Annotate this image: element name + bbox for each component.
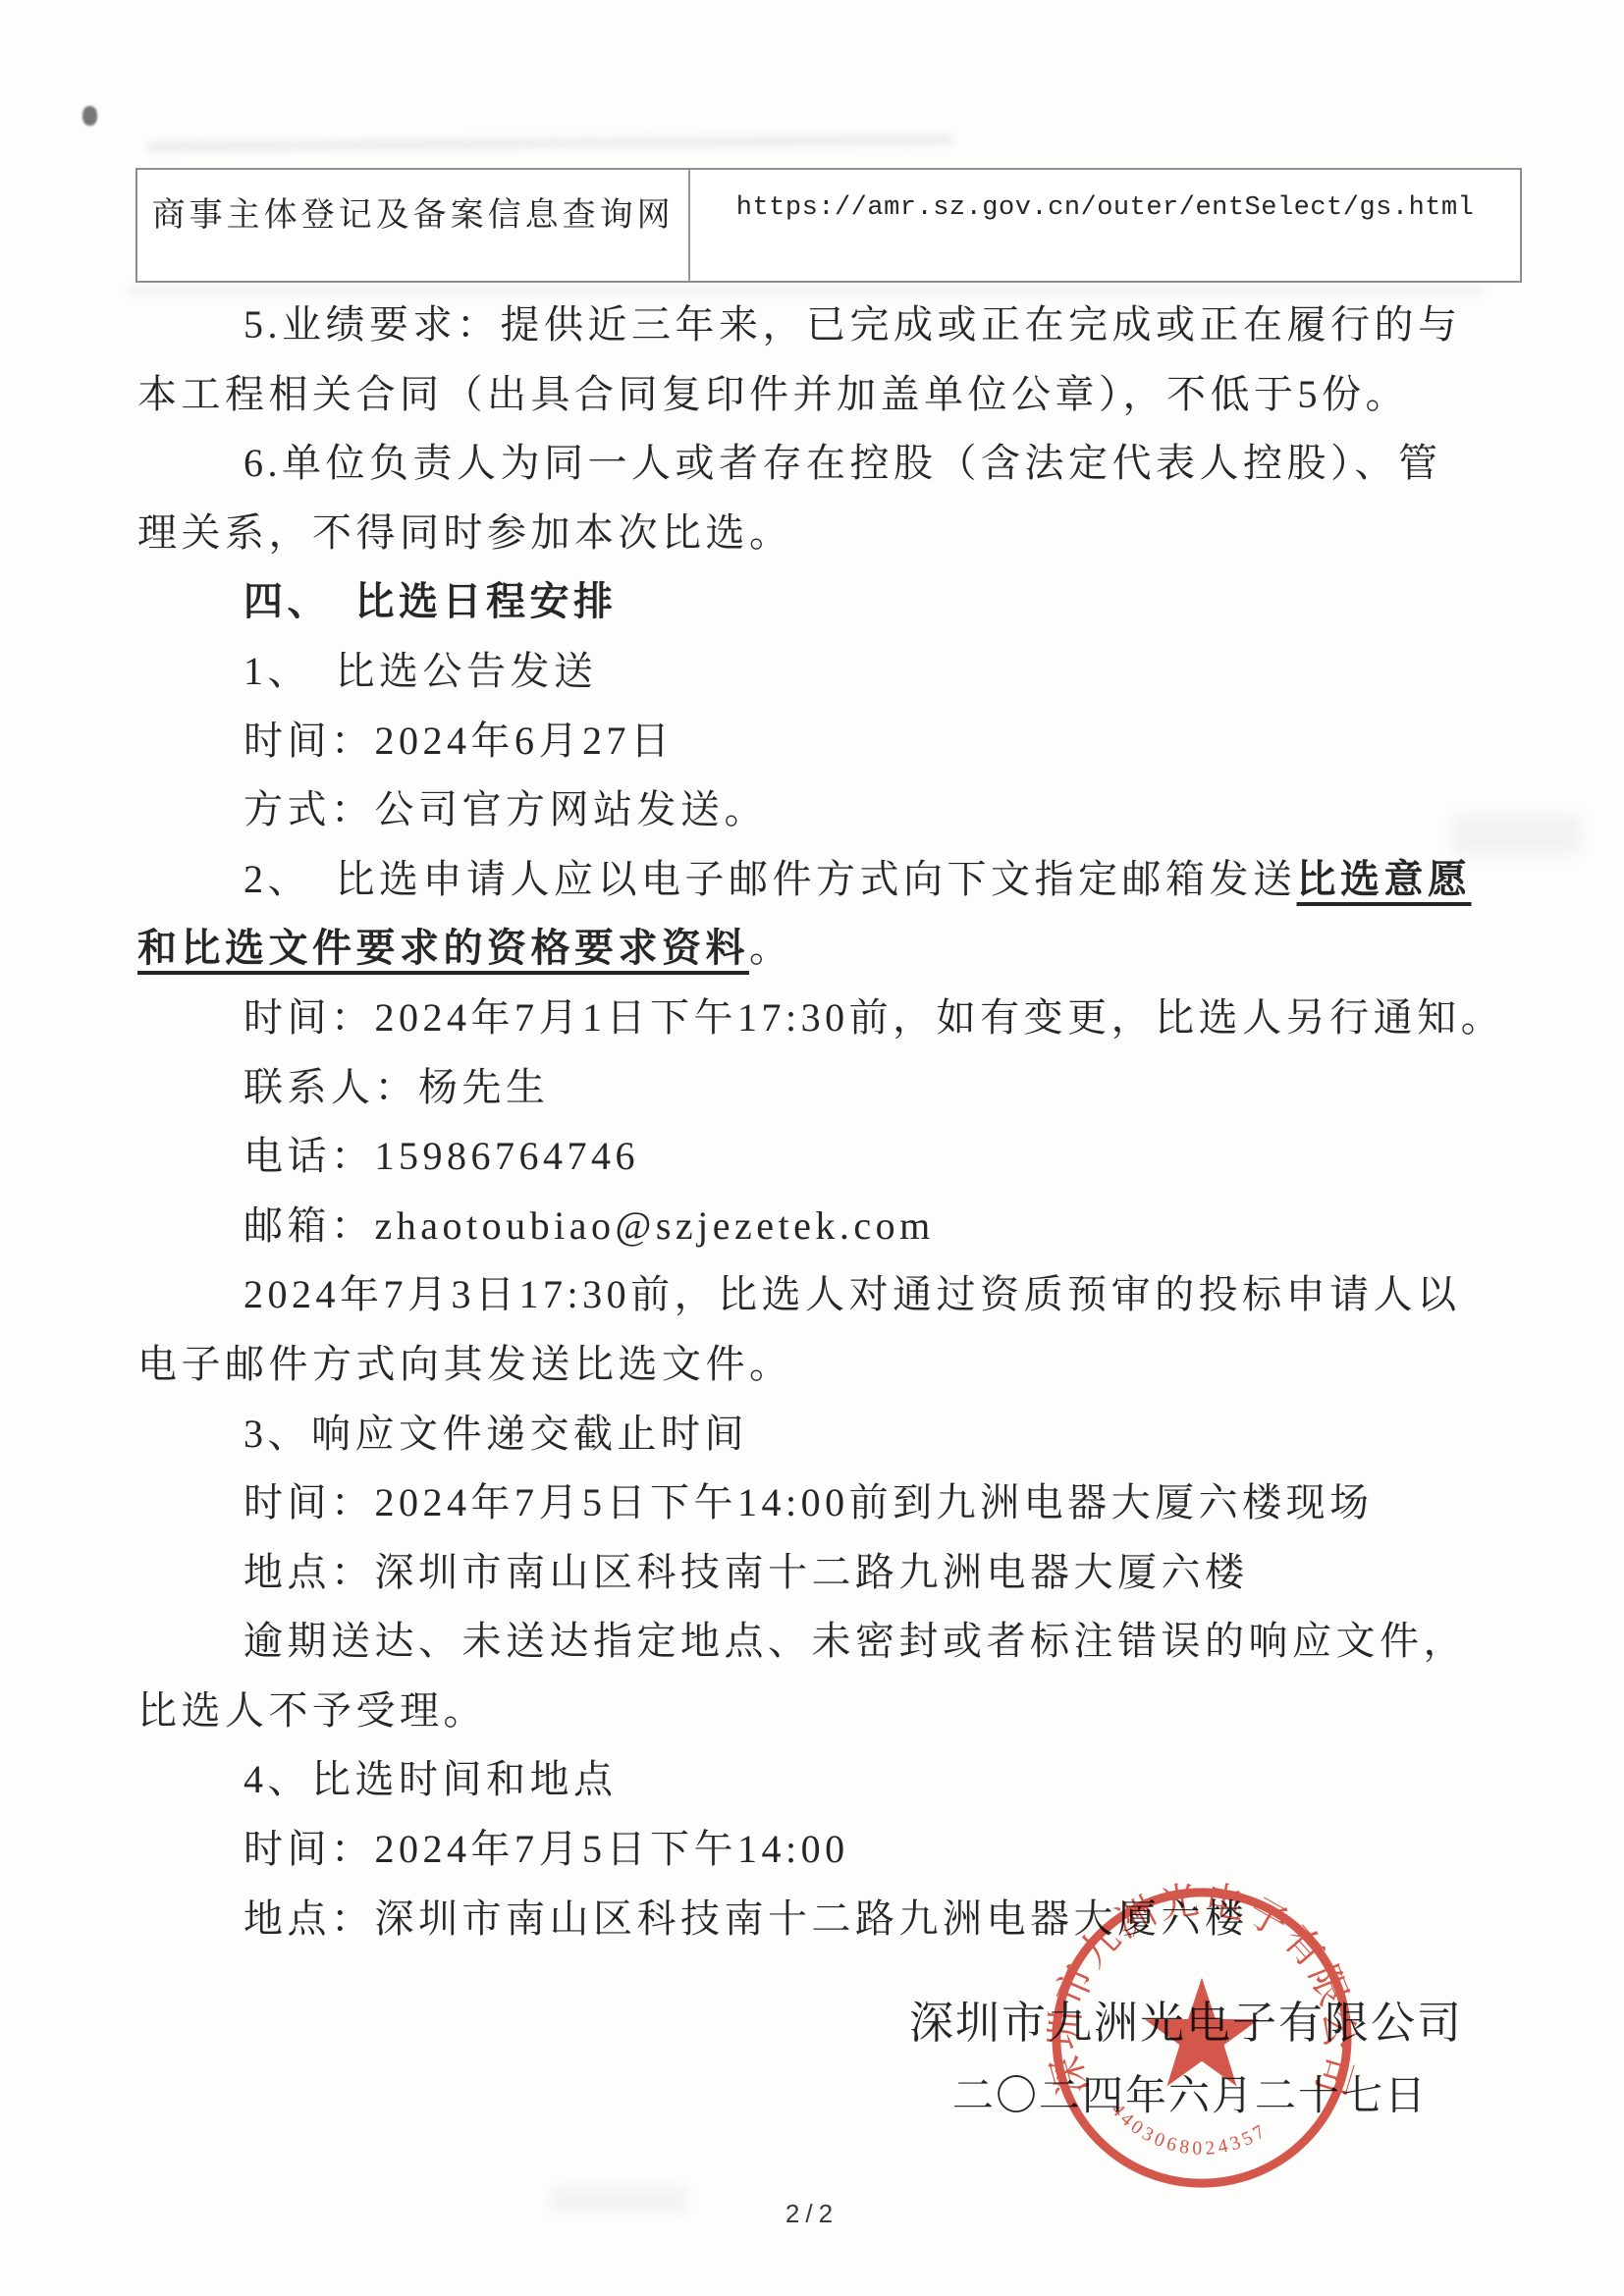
body-text: 比选人不予受理。 xyxy=(137,1688,487,1733)
body-text: 本工程相关合同（出具合同复印件并加盖单位公章），不低于5份。 xyxy=(137,372,1409,416)
body-line: 6.单位负责人为同一人或者存在控股（含法定代表人控股）、管 xyxy=(137,429,1524,499)
body-text: 6.单位负责人为同一人或者存在控股（含法定代表人控股）、管 xyxy=(244,441,1442,485)
body-text: 时间：2024年6月27日 xyxy=(244,719,675,763)
body-text: 4、比选时间和地点 xyxy=(244,1757,618,1801)
emphasized-text: 和比选文件要求的资格要求资料 xyxy=(137,926,749,970)
info-table: 商事主体登记及备案信息查询网 https://amr.sz.gov.cn/out… xyxy=(135,168,1522,283)
body-line: 邮箱：zhaotoubiao@szjezetek.com xyxy=(137,1192,1524,1261)
body-line: 逾期送达、未送达指定地点、未密封或者标注错误的响应文件， xyxy=(137,1607,1524,1677)
scan-streak xyxy=(147,134,952,151)
table-cell-label: 商事主体登记及备案信息查询网 xyxy=(137,170,690,281)
body-text: 理关系，不得同时参加本次比选。 xyxy=(137,510,793,555)
body-line: 2024年7月3日17:30前，比选人对通过资质预审的投标申请人以 xyxy=(137,1260,1524,1330)
body-line: 方式：公司官方网站发送。 xyxy=(137,775,1524,845)
body-text: 时间：2024年7月5日下午14:00 xyxy=(244,1827,849,1871)
body-text: 2、 比选申请人应以电子邮件方式向下文指定邮箱发送 xyxy=(244,857,1297,901)
signature-company: 深圳市九洲光电子有限公司 xyxy=(909,1987,1463,2051)
body-text: 时间：2024年7月5日下午14:00前到九洲电器大厦六楼现场 xyxy=(244,1480,1374,1524)
body-line: 和比选文件要求的资格要求资料。 xyxy=(137,914,1524,984)
body-text: 1、 比选公告发送 xyxy=(244,649,598,693)
page-number: 2/2 xyxy=(0,2199,1624,2229)
document-body: 5.业绩要求：提供近三年来，已完成或正在完成或正在履行的与本工程相关合同（出具合… xyxy=(137,291,1524,1953)
body-line: 3、响应文件递交截止时间 xyxy=(137,1400,1524,1469)
body-text: 电子邮件方式向其发送比选文件。 xyxy=(137,1342,793,1386)
body-line: 5.业绩要求：提供近三年来，已完成或正在完成或正在履行的与 xyxy=(137,291,1524,360)
body-line: 时间：2024年6月27日 xyxy=(137,707,1524,776)
body-line: 理关系，不得同时参加本次比选。 xyxy=(137,499,1524,568)
body-line: 时间：2024年7月1日下午17:30前，如有变更，比选人另行通知。 xyxy=(137,984,1524,1053)
document-page: 商事主体登记及备案信息查询网 https://amr.sz.gov.cn/out… xyxy=(0,0,1624,2296)
body-line: 电子邮件方式向其发送比选文件。 xyxy=(137,1330,1524,1400)
body-text: 地点：深圳市南山区科技南十二路九洲电器大厦六楼 xyxy=(244,1896,1249,1941)
body-line: 时间：2024年7月5日下午14:00前到九洲电器大厦六楼现场 xyxy=(137,1468,1524,1538)
body-line: 2、 比选申请人应以电子邮件方式向下文指定邮箱发送比选意愿 xyxy=(137,845,1524,915)
body-line: 本工程相关合同（出具合同复印件并加盖单位公章），不低于5份。 xyxy=(137,360,1524,430)
emphasized-text: 比选意愿 xyxy=(1297,857,1472,901)
body-text: 3、响应文件递交截止时间 xyxy=(244,1412,748,1456)
body-line: 4、比选时间和地点 xyxy=(137,1745,1524,1815)
body-line: 电话：15986764746 xyxy=(137,1122,1524,1192)
body-line: 地点：深圳市南山区科技南十二路九洲电器大厦六楼 xyxy=(137,1538,1524,1608)
emphasized-text: 四、 比选日程安排 xyxy=(244,579,618,623)
body-line: 四、 比选日程安排 xyxy=(137,567,1524,637)
body-text: 。 xyxy=(749,926,793,970)
body-text: 联系人：杨先生 xyxy=(244,1065,550,1109)
table-cell-url: https://amr.sz.gov.cn/outer/entSelect/gs… xyxy=(690,170,1520,281)
body-text: 时间：2024年7月1日下午17:30前，如有变更，比选人另行通知。 xyxy=(244,995,1504,1040)
body-text: 2024年7月3日17:30前，比选人对通过资质预审的投标申请人以 xyxy=(244,1272,1461,1316)
signature-date: 二〇二四年六月二十七日 xyxy=(952,2063,1428,2122)
body-text: 邮箱：zhaotoubiao@szjezetek.com xyxy=(244,1203,935,1248)
body-line: 时间：2024年7月5日下午14:00 xyxy=(137,1815,1524,1885)
body-text: 地点：深圳市南山区科技南十二路九洲电器大厦六楼 xyxy=(244,1550,1249,1594)
body-text: 电话：15986764746 xyxy=(244,1134,639,1178)
body-line: 比选人不予受理。 xyxy=(137,1677,1524,1746)
body-text: 方式：公司官方网站发送。 xyxy=(244,787,768,831)
body-text: 逾期送达、未送达指定地点、未密封或者标注错误的响应文件， xyxy=(244,1619,1467,1663)
body-line: 地点：深圳市南山区科技南十二路九洲电器大厦六楼 xyxy=(137,1885,1524,1954)
body-line: 1、 比选公告发送 xyxy=(137,637,1524,707)
scan-speck xyxy=(82,106,97,126)
body-text: 5.业绩要求：提供近三年来，已完成或正在完成或正在履行的与 xyxy=(244,302,1462,347)
body-line: 联系人：杨先生 xyxy=(137,1053,1524,1123)
